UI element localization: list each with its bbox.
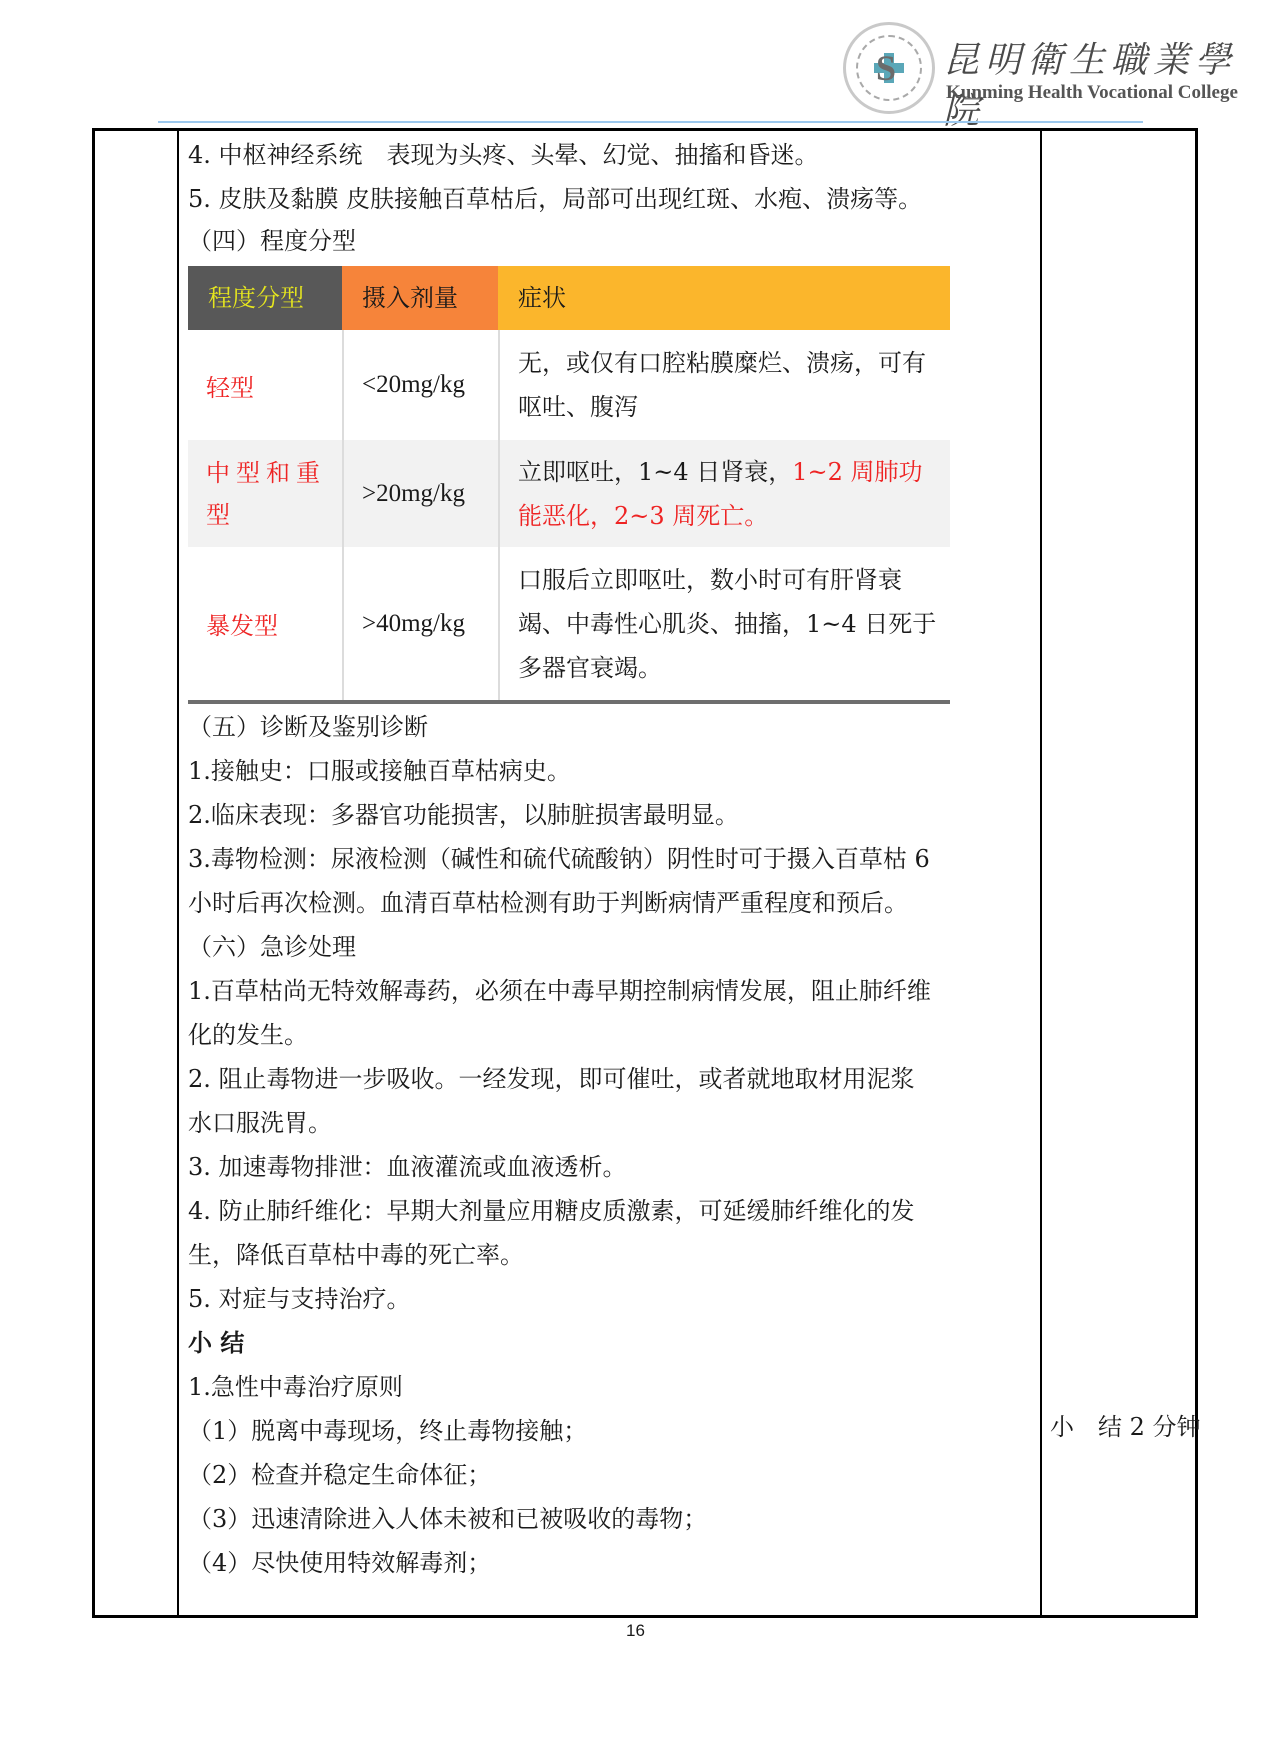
header-symptoms: 症状: [498, 266, 950, 330]
college-name-en: Kunming Health Vocational College: [946, 82, 1238, 104]
section-heading-treatment: （六）急诊处理: [188, 932, 356, 962]
header-divider: [158, 121, 1143, 123]
treatment-item: 1.百草枯尚无特效解毒药，必须在中毒早期控制病情发展，阻止肺纤维: [188, 976, 931, 1006]
table-row-moderate-severe: 中型和重型 >20mg/kg 立即呕吐，1~4 日肾衰，1~2 周肺功能恶化，2…: [188, 440, 950, 547]
text-line-skin: 5. 皮肤及黏膜 皮肤接触百草枯后，局部可出现红斑、水疱、溃疡等。: [188, 184, 922, 214]
treatment-item: 生，降低百草枯中毒的死亡率。: [188, 1240, 524, 1270]
cell-dose: >40mg/kg: [342, 547, 498, 700]
header-dose: 摄入剂量: [342, 266, 498, 330]
diagnosis-item: 2.临床表现：多器官功能损害，以肺脏损害最明显。: [188, 800, 739, 830]
summary-item: （2）检查并稳定生命体征；: [188, 1460, 491, 1490]
diagnosis-item: 1.接触史：口服或接触百草枯病史。: [188, 756, 571, 786]
cell-dose: >20mg/kg: [342, 440, 498, 547]
cell-symptoms: 立即呕吐，1~4 日肾衰，1~2 周肺功能恶化，2~3 周死亡。: [498, 440, 950, 547]
summary-heading: 小 结: [188, 1328, 244, 1358]
table-bottom-rule: [188, 700, 950, 704]
summary-subtitle: 1.急性中毒治疗原则: [188, 1372, 403, 1402]
table-row-mild: 轻型 <20mg/kg 无，或仅有口腔粘膜糜烂、溃疡，可有呕吐、腹泻: [188, 330, 950, 440]
summary-item: （3）迅速清除进入人体未被和已被吸收的毒物；: [188, 1504, 707, 1534]
summary-item: （4）尽快使用特效解毒剂；: [188, 1548, 491, 1578]
symptoms-text: 立即呕吐，1~4 日肾衰，: [518, 458, 792, 486]
diagnosis-item: 小时后再次检测。血清百草枯检测有助于判断病情严重程度和预后。: [188, 888, 908, 918]
table-row-fulminant: 暴发型 >40mg/kg 口服后立即呕吐，数小时可有肝肾衰竭、中毒性心肌炎、抽搐…: [188, 547, 950, 700]
symptoms-text: 无，或仅有口腔粘膜糜烂、溃疡，可有呕吐、腹泻: [518, 341, 940, 429]
symptoms-text: 口服后立即呕吐，数小时可有肝肾衰竭、中毒性心肌炎、抽搐，1~4 日死于多器官衰竭…: [518, 558, 940, 690]
serpent-s-icon: S: [876, 47, 896, 89]
section-heading-severity: （四）程度分型: [188, 226, 356, 256]
treatment-item: 3. 加速毒物排泄：血液灌流或血液透析。: [188, 1152, 627, 1182]
header-severity-type: 程度分型: [188, 266, 342, 330]
cell-type: 暴发型: [188, 547, 342, 700]
cell-type: 中型和重型: [188, 440, 342, 547]
treatment-item: 5. 对症与支持治疗。: [188, 1284, 411, 1314]
text-line-cns: 4. 中枢神经系统 表现为头疼、头晕、幻觉、抽搐和昏迷。: [188, 140, 819, 170]
treatment-item: 4. 防止肺纤维化：早期大剂量应用糖皮质激素，可延缓肺纤维化的发: [188, 1196, 915, 1226]
summary-item: （1）脱离中毒现场，终止毒物接触；: [188, 1416, 587, 1446]
diagnosis-item: 3.毒物检测：尿液检测（碱性和硫代硫酸钠）阴性时可于摄入百草枯 6: [188, 844, 930, 874]
treatment-item: 化的发生。: [188, 1020, 308, 1050]
section-heading-diagnosis: （五）诊断及鉴别诊断: [188, 712, 428, 742]
college-emblem-icon: S: [843, 22, 935, 114]
cell-symptoms: 口服后立即呕吐，数小时可有肝肾衰竭、中毒性心肌炎、抽搐，1~4 日死于多器官衰竭…: [498, 547, 950, 700]
treatment-item: 2. 阻止毒物进一步吸收。一经发现，即可催吐，或者就地取材用泥浆: [188, 1064, 915, 1094]
cell-symptoms: 无，或仅有口腔粘膜糜烂、溃疡，可有呕吐、腹泻: [498, 330, 950, 440]
time-allocation-note: 小 结 2 分钟: [1050, 1412, 1201, 1442]
column-divider-left: [177, 131, 179, 1615]
cell-type: 轻型: [188, 330, 342, 440]
page-number: 16: [0, 1621, 1271, 1641]
treatment-item: 水口服洗胃。: [188, 1108, 332, 1138]
column-divider-right: [1040, 131, 1042, 1615]
cell-dose: <20mg/kg: [342, 330, 498, 440]
